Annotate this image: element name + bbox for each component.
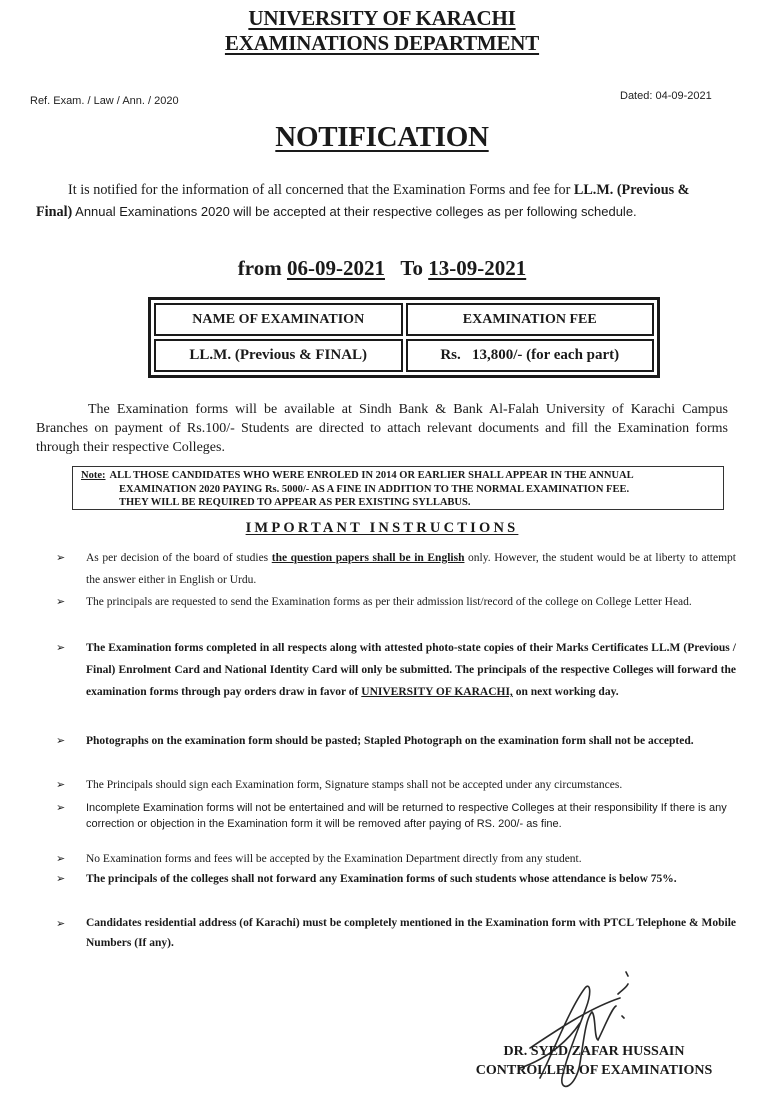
reference-number: Ref. Exam. / Law / Ann. / 2020: [30, 95, 179, 107]
page-title: NOTIFICATION: [0, 121, 764, 154]
instruction-item: ➢ Incomplete Examination forms will not …: [56, 800, 736, 832]
note-line-1: ALL THOSE CANDIDATES WHO WERE ENROLED IN…: [110, 470, 634, 481]
from-date: 06-09-2021: [287, 256, 385, 280]
instruction-text: The Principals should sign each Examinat…: [86, 774, 736, 796]
instruction-text: The principals of the colleges shall not…: [86, 868, 736, 890]
intro-text-2: Annual Examinations 2020 will be accepte…: [72, 204, 636, 219]
availability-paragraph: The Examination forms will be available …: [36, 400, 728, 457]
university-name: UNIVERSITY OF KARACHI: [0, 6, 764, 31]
arrowhead-bullet-icon: ➢: [56, 730, 76, 752]
instruction-item: ➢ No Examination forms and fees will be …: [56, 848, 736, 870]
instruction-item: ➢ The principals of the colleges shall n…: [56, 868, 736, 890]
instruction-item: ➢ The Examination forms completed in all…: [56, 637, 736, 703]
from-label: from: [238, 256, 282, 280]
instruction-text: The principals are requested to send the…: [86, 591, 736, 613]
fee-table: NAME OF EXAMINATION EXAMINATION FEE LL.M…: [148, 297, 660, 378]
instruction-text: on next working day.: [513, 686, 619, 698]
schedule-dates: from 06-09-2021 To 13-09-2021: [0, 256, 764, 281]
intro-text-1: It is notified for the information of al…: [68, 182, 574, 198]
instruction-text: Photographs on the examination form shou…: [86, 730, 736, 752]
intro-paragraph: It is notified for the information of al…: [36, 180, 726, 223]
instruction-item: ➢ The principals are requested to send t…: [56, 591, 736, 613]
instruction-item: ➢ As per decision of the board of studie…: [56, 547, 736, 591]
arrowhead-bullet-icon: ➢: [56, 868, 76, 890]
arrowhead-bullet-icon: ➢: [56, 848, 76, 870]
instruction-text: No Examination forms and fees will be ac…: [86, 848, 736, 870]
instruction-emphasis: UNIVERSITY OF KARACHI,: [361, 686, 513, 698]
instruction-text: As per decision of the board of studies: [86, 552, 272, 564]
instructions-title: IMPORTANT INSTRUCTIONS: [0, 520, 764, 537]
note-label: Note:: [81, 470, 106, 481]
to-label: To: [400, 256, 423, 280]
note-line-2: EXAMINATION 2020 PAYING Rs. 5000/- AS A …: [81, 483, 717, 497]
instruction-text: Incomplete Examination forms will not be…: [86, 800, 736, 832]
arrowhead-bullet-icon: ➢: [56, 591, 76, 613]
table-cell-exam-name: LL.M. (Previous & FINAL): [154, 339, 403, 372]
note-line-3: THEY WILL BE REQUIRED TO APPEAR AS PER E…: [81, 496, 717, 510]
signatory-designation: CONTROLLER OF EXAMINATIONS: [444, 1061, 744, 1080]
note-box: Note:ALL THOSE CANDIDATES WHO WERE ENROL…: [72, 466, 724, 510]
arrowhead-bullet-icon: ➢: [56, 800, 76, 816]
instruction-item: ➢ Candidates residential address (of Kar…: [56, 913, 736, 953]
signatory-name: DR. SYED ZAFAR HUSSAIN: [444, 1042, 744, 1061]
instruction-emphasis: the question papers shall be in English: [272, 552, 465, 564]
instruction-item: ➢ Photographs on the examination form sh…: [56, 730, 736, 752]
instruction-text: Candidates residential address (of Karac…: [86, 913, 736, 953]
table-header-exam-fee: EXAMINATION FEE: [406, 303, 655, 336]
issue-date: Dated: 04-09-2021: [620, 90, 712, 102]
instruction-item: ➢ The Principals should sign each Examin…: [56, 774, 736, 796]
table-cell-exam-fee: Rs. 13,800/- (for each part): [406, 339, 655, 372]
to-date: 13-09-2021: [428, 256, 526, 280]
department-name: EXAMINATIONS DEPARTMENT: [0, 31, 764, 56]
table-header-exam-name: NAME OF EXAMINATION: [154, 303, 403, 336]
arrowhead-bullet-icon: ➢: [56, 913, 76, 935]
arrowhead-bullet-icon: ➢: [56, 637, 76, 659]
arrowhead-bullet-icon: ➢: [56, 547, 76, 569]
arrowhead-bullet-icon: ➢: [56, 774, 76, 796]
